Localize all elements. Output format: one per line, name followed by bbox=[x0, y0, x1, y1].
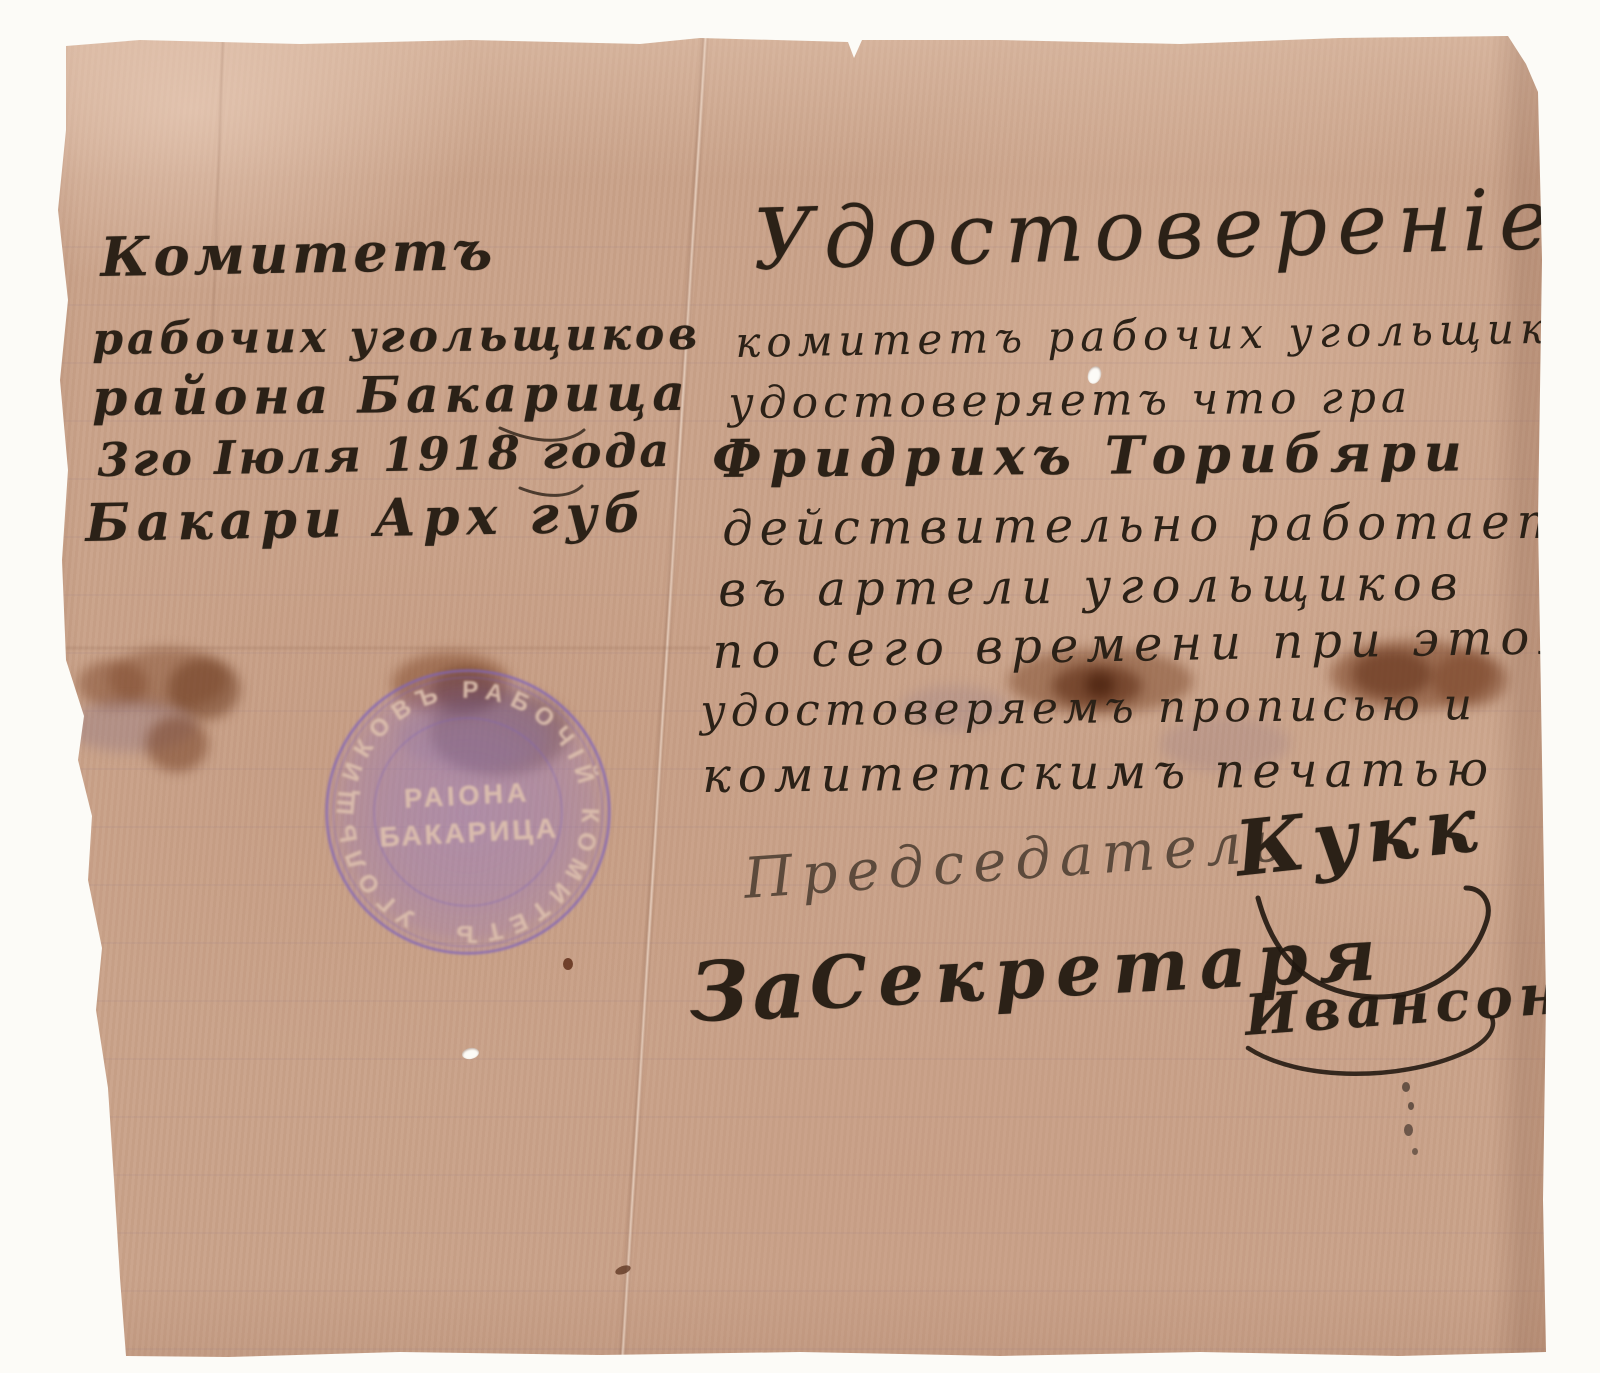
paper-sheet: УГОЛЬЩИКОВЪ РАБОЧІЙ КОМИТЕТЪ РАІОНА БАКА… bbox=[0, 0, 1600, 1373]
committee-stamp: УГОЛЬЩИКОВЪ РАБОЧІЙ КОМИТЕТЪ РАІОНА БАКА… bbox=[310, 654, 625, 969]
person-name-line: Фридрихъ Торибяри bbox=[712, 427, 1470, 486]
ink-speck bbox=[614, 1264, 632, 1277]
fold-crease-vertical bbox=[616, 36, 710, 1373]
stamp-center-line1: РАІОНА bbox=[403, 776, 531, 814]
ink-speck bbox=[1412, 1148, 1418, 1155]
fold-crease-topleft bbox=[210, 40, 226, 350]
ink-stain bbox=[146, 716, 208, 772]
certificate-line8: удостоверяемъ прописью и bbox=[700, 683, 1477, 734]
left-heading-workers: рабочих угольщиков bbox=[92, 313, 701, 362]
certificate-line7: по сего времени при этомъ bbox=[712, 612, 1600, 676]
date-line: 3го Іюля 1918 года bbox=[97, 427, 673, 483]
chairman-signature: Кукк bbox=[1232, 786, 1488, 888]
ink-speck bbox=[563, 958, 573, 970]
ink-speck bbox=[1404, 1124, 1413, 1136]
chairman-title: Председатель bbox=[742, 814, 1292, 908]
certificate-line2: комитетъ рабочих угольщиковъ bbox=[735, 306, 1600, 364]
certificate-title: Удостовереніе bbox=[752, 177, 1560, 282]
left-heading-district: района Бакарица bbox=[92, 368, 691, 423]
pin-hole bbox=[461, 1046, 480, 1060]
ink-speck bbox=[1408, 1102, 1414, 1110]
ink-speck bbox=[1402, 1082, 1410, 1092]
place-line: Бакари Арх губ bbox=[85, 488, 649, 550]
scanned-document: УГОЛЬЩИКОВЪ РАБОЧІЙ КОМИТЕТЪ РАІОНА БАКА… bbox=[0, 0, 1600, 1373]
stamp-disc bbox=[317, 661, 618, 962]
certificate-line5: действительно работаетъ bbox=[722, 497, 1600, 553]
left-heading-committee: Комитетъ bbox=[100, 223, 497, 284]
certificate-line3: удостоверяетъ что гра bbox=[728, 376, 1412, 426]
certificate-line6: въ артели угольщиков bbox=[718, 559, 1466, 614]
secretary-prefix: За bbox=[688, 948, 811, 1034]
